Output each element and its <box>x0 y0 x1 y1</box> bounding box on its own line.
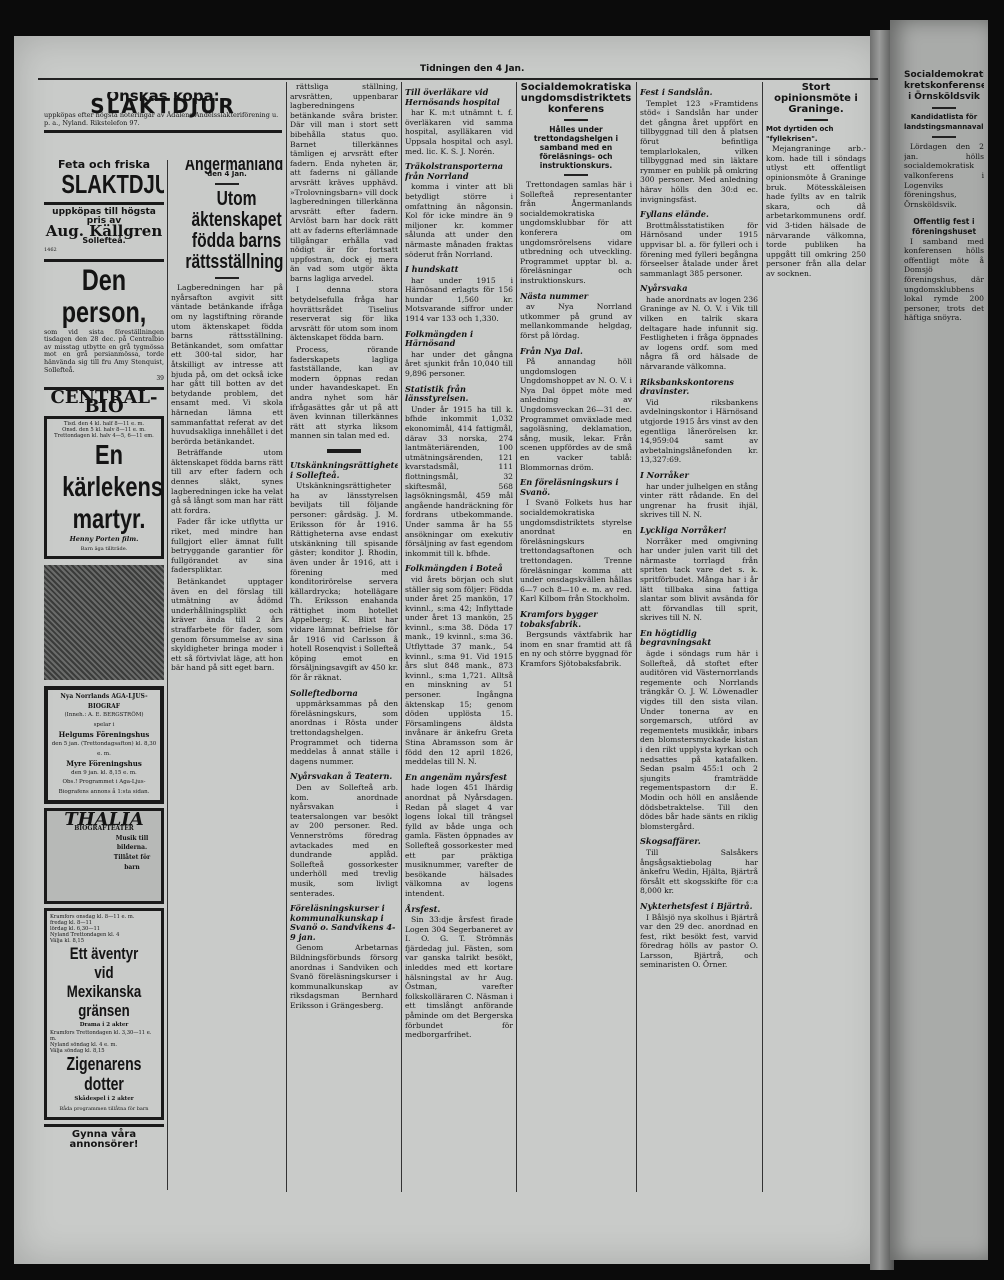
ad-central-bio: CENTRAL-BIO Tisd. den 4 kl. half 8—11 e.… <box>44 393 164 559</box>
photo-illustration <box>44 565 164 680</box>
column-7: Stort opinionsmöte i Graninge. Mot dyrti… <box>766 82 866 1192</box>
adjacent-page-column: Socialdemokratiska kretskonferensen i Ör… <box>904 70 984 1220</box>
ad-thalia: THALIA BIOGRAFTEATER Musik till bilderna… <box>44 808 164 904</box>
column-3: rättsliga ställning, arvsrätten, uppenba… <box>290 82 398 1192</box>
column-4: Till överläkare vid Hernösands hospital … <box>405 82 513 1192</box>
ad-den-person: Den person, som vid sista föreställninge… <box>44 265 164 390</box>
column-6: Fest i Sandslån. Templet 123 »Framtidens… <box>640 82 758 1192</box>
dateline: Tidningen den 4 Jan. <box>420 64 524 74</box>
top-rule <box>38 78 878 80</box>
column-5: Socialdemokratiska ungdomsdistriktets ko… <box>520 82 632 1192</box>
article-main: Ångermanland den 4 Jan. Utom äktenskapet… <box>171 160 283 1190</box>
ads-stack: Feta och friska SLAKTDJUR uppköpas till … <box>44 160 164 1200</box>
ad-slaktdjur-top: Önskas köpa: SLAKTDJUR uppköpas efter hö… <box>44 92 282 136</box>
ad-aventyr: Kramfors onsdag kl. 8—11 e. m. fredag kl… <box>44 908 164 1121</box>
ad-kallgren: Feta och friska SLAKTDJUR uppköpas till … <box>44 160 164 262</box>
ad-aga-biograf: Nya Norrlands AGA-LJUS-BIOGRAF (Inneh.: … <box>44 686 164 804</box>
